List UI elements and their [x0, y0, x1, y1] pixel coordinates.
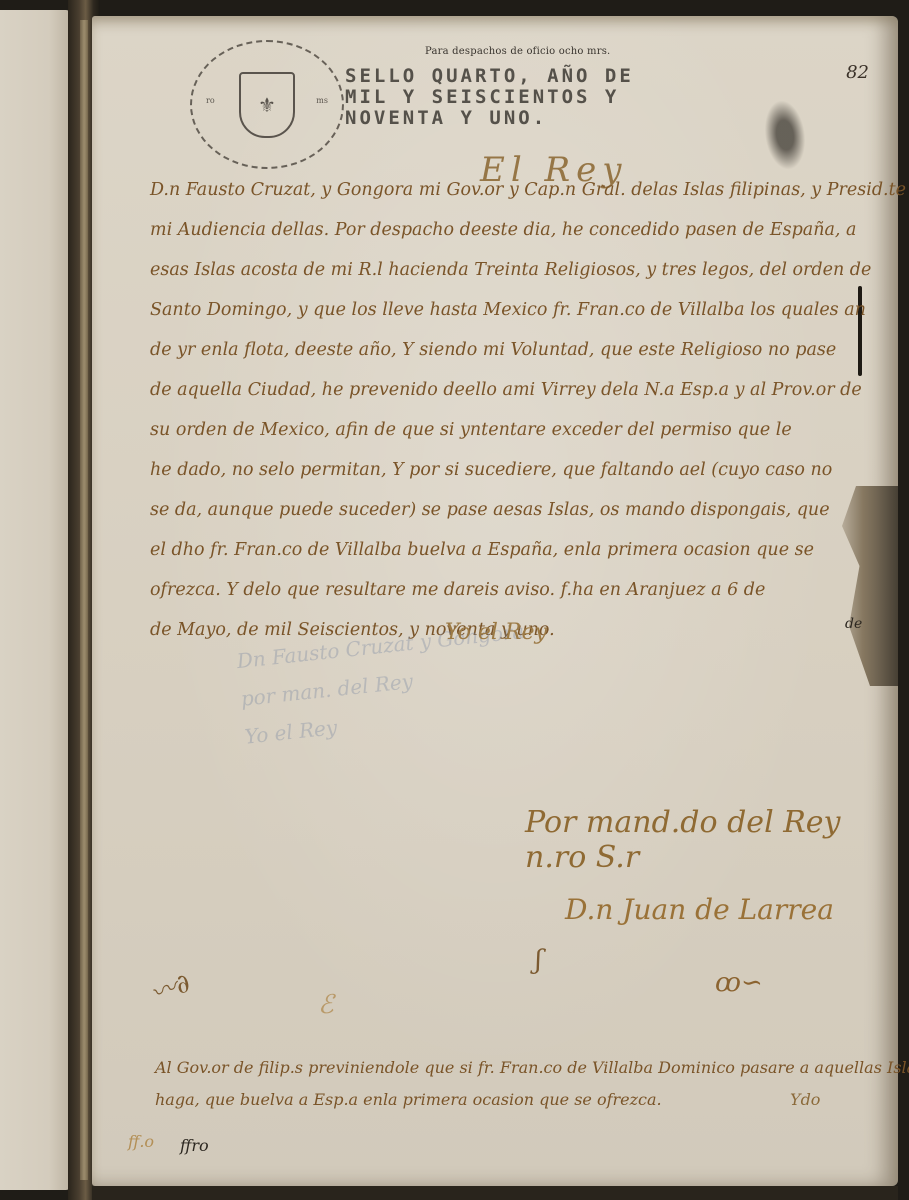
- summary-line: haga, que buelva a Esp.a enla primera oc…: [155, 1084, 895, 1116]
- cedula-body: D.n Fausto Cruzat, y Gongora mi Gov.or y…: [150, 170, 890, 650]
- body-line: se da, aunque puede suceder) se pase aes…: [150, 490, 890, 530]
- folio-number: 82: [846, 62, 869, 83]
- body-line: su orden de Mexico, afin de que si ynten…: [150, 410, 890, 450]
- royal-seal-stamp: ro ⚜ ms: [190, 40, 344, 169]
- rubric-flourish-icon: ʃ: [535, 945, 542, 975]
- body-line: Santo Domingo, y que los lleve hasta Mex…: [150, 290, 890, 330]
- rubric-flourish-icon: ꝏ∽: [715, 968, 763, 998]
- body-line: D.n Fausto Cruzat, y Gongora mi Gov.or y…: [150, 170, 890, 210]
- summary-line: Al Gov.or de filip.s previniendole que s…: [155, 1052, 895, 1084]
- body-line: ofrezca. Y delo que resultare me dareis …: [150, 570, 890, 610]
- body-line: mi Audiencia dellas. Por despacho deeste…: [150, 210, 890, 250]
- binding-thread: [80, 20, 88, 1180]
- marginal-note: de: [845, 616, 862, 632]
- seal-left-mark: ro: [206, 96, 215, 105]
- stamped-paper-tax-text: Sello quarto, año de mil y seiscientos y…: [345, 66, 725, 129]
- stamp-line: noventa y uno.: [345, 108, 725, 129]
- page-bottom-edge: [92, 1186, 898, 1200]
- secretary-signature: D.n Juan de Larrea: [565, 893, 834, 926]
- body-line: he dado, no selo permitan, Y por si suce…: [150, 450, 890, 490]
- body-line: de yr enla flota, deeste año, Y siendo m…: [150, 330, 890, 370]
- marginal-note: Ydo: [790, 1090, 820, 1109]
- fleur-de-lis-icon: ⚜: [258, 93, 276, 117]
- body-line: de aquella Ciudad, he prevenido deello a…: [150, 370, 890, 410]
- countersignature-order: Por mand.do del Rey n.ro S.r: [525, 805, 909, 875]
- coat-of-arms-icon: ⚜: [239, 72, 295, 138]
- seal-right-mark: ms: [316, 96, 328, 105]
- stamp-header: Para despachos de oficio ocho mrs.: [425, 46, 610, 57]
- marginal-note: ff.o: [128, 1132, 154, 1151]
- stamp-line: Sello quarto, año de: [345, 66, 725, 87]
- body-line: esas Islas acosta de mi R.l hacienda Tre…: [150, 250, 890, 290]
- king-signature: Yo el Rey: [445, 620, 547, 645]
- dispatch-summary: Al Gov.or de filip.s previniendole que s…: [155, 1052, 895, 1116]
- marginal-note: ffro: [180, 1136, 209, 1155]
- body-line: el dho fr. Fran.co de Villalba buelva a …: [150, 530, 890, 570]
- rubric-flourish-icon: ℰ: [318, 990, 334, 1020]
- stamp-line: mil y seiscientos y: [345, 87, 725, 108]
- left-page: [0, 10, 70, 1190]
